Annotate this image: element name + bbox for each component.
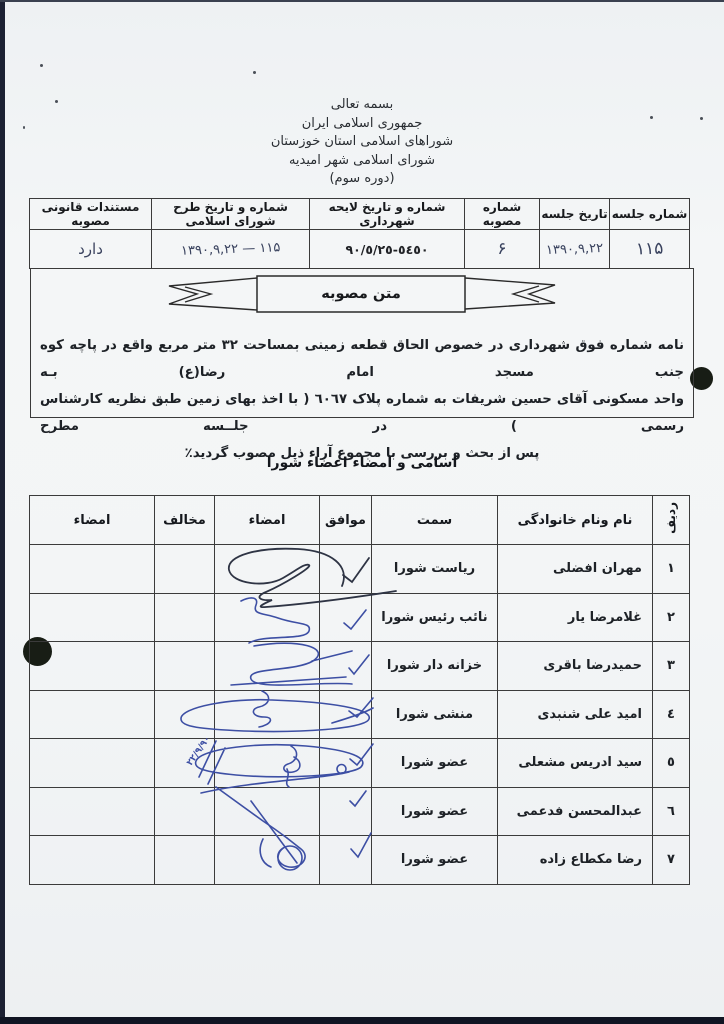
col-signature-2: امضاء bbox=[30, 496, 155, 545]
member-position: عضو شورا bbox=[372, 739, 498, 788]
member-position: خزانه دار شورا bbox=[372, 642, 498, 691]
resolution-line-1: نامه شماره فوق شهرداری در خصوص الحاق قطع… bbox=[40, 332, 684, 386]
registry-values-row: ۱۱۵ ۱۳۹۰,۹,۲۲ ۶ ٩٠/٥/٢٥-٥٤٥٠ ۱۳۹۰,۹,۲۲ —… bbox=[30, 230, 690, 269]
agree-cell bbox=[320, 690, 372, 739]
member-row-2: ٢ غلامرضا یار نائب رئیس شورا bbox=[30, 593, 690, 642]
row-no: ٥ bbox=[653, 739, 690, 788]
province-council-line: شوراهای اسلامی استان خوزستان bbox=[0, 133, 724, 152]
col-oppose: مخالف bbox=[155, 496, 215, 545]
besmele-line: بسمه تعالی bbox=[0, 96, 724, 115]
col-session-no: شماره جلسه bbox=[610, 199, 690, 230]
term-line: (دوره سوم) bbox=[0, 170, 724, 189]
signature-cell bbox=[215, 836, 320, 885]
agree-cell bbox=[320, 836, 372, 885]
member-name: امید علی شنبدی bbox=[498, 690, 653, 739]
agree-cell bbox=[320, 787, 372, 836]
scanned-council-resolution-page: بسمه تعالی جمهوری اسلامی ایران شوراهای ا… bbox=[0, 0, 724, 1024]
member-name: رضا مکطاع زاده bbox=[498, 836, 653, 885]
member-position: عضو شورا bbox=[372, 836, 498, 885]
signature-cell bbox=[215, 690, 320, 739]
oppose-cell bbox=[155, 690, 215, 739]
scan-speck bbox=[40, 64, 43, 67]
col-resolution-no: شماره مصوبه bbox=[465, 199, 540, 230]
oppose-cell bbox=[155, 787, 215, 836]
row-no: ٢ bbox=[653, 593, 690, 642]
resolution-registry-table: شماره جلسه تاریخ جلسه شماره مصوبه شماره … bbox=[29, 198, 690, 269]
signature-cell bbox=[215, 787, 320, 836]
signature-cell bbox=[215, 739, 320, 788]
row-no: ٦ bbox=[653, 787, 690, 836]
oppose-cell bbox=[155, 836, 215, 885]
member-name: حمیدرضا باقری bbox=[498, 642, 653, 691]
col-municipality-bill: شماره و تاریخ لایحه شهرداری bbox=[310, 199, 465, 230]
signature-cell-2 bbox=[30, 545, 155, 594]
resolution-line-2: واحد مسکونی آقای حسین شریفات به شماره پل… bbox=[40, 386, 684, 440]
signature-cell bbox=[215, 545, 320, 594]
member-row-4: ٤ امید علی شنبدی منشی شورا bbox=[30, 690, 690, 739]
session-date-value: ۱۳۹۰,۹,۲۲ bbox=[546, 241, 604, 258]
member-row-1: ١ مهران افضلی ریاست شورا bbox=[30, 545, 690, 594]
signature-cell-2 bbox=[30, 787, 155, 836]
member-name: غلامرضا یار bbox=[498, 593, 653, 642]
session-no-value: ۱۱۵ bbox=[635, 239, 663, 260]
resolution-text: نامه شماره فوق شهرداری در خصوص الحاق قطع… bbox=[40, 332, 684, 467]
scan-speck bbox=[253, 71, 256, 74]
council-plan-value: ۱۳۹۰,۹,۲۲ — ۱۱۵ bbox=[181, 240, 281, 258]
agree-cell bbox=[320, 739, 372, 788]
member-row-6: ٦ عبدالمحسن فدعمی عضو شورا bbox=[30, 787, 690, 836]
member-row-3: ٣ حمیدرضا باقری خزانه دار شورا bbox=[30, 642, 690, 691]
col-agree: موافق bbox=[320, 496, 372, 545]
scan-edge-top bbox=[0, 0, 724, 2]
municipality-bill-value: ٩٠/٥/٢٥-٥٤٥٠ bbox=[346, 242, 429, 257]
row-no: ١ bbox=[653, 545, 690, 594]
letterhead: بسمه تعالی جمهوری اسلامی ایران شوراهای ا… bbox=[0, 96, 724, 189]
legal-docs-value: دارد bbox=[78, 240, 103, 258]
members-signature-table: ردیف نام ونام خانوادگی سمت موافق امضاء م… bbox=[29, 495, 690, 885]
resolution-ribbon: متن مصوبه bbox=[157, 273, 567, 315]
agree-cell bbox=[320, 642, 372, 691]
republic-line: جمهوری اسلامی ایران bbox=[0, 115, 724, 134]
col-council-plan: شماره و تاریخ طرح شورای اسلامی bbox=[152, 199, 310, 230]
signature-cell bbox=[215, 593, 320, 642]
member-position: نائب رئیس شورا bbox=[372, 593, 498, 642]
member-position: ریاست شورا bbox=[372, 545, 498, 594]
row-no-label: ردیف bbox=[664, 502, 678, 534]
city-council-line: شورای اسلامی شهر امیدیه bbox=[0, 152, 724, 171]
agree-cell bbox=[320, 545, 372, 594]
signature-cell-2 bbox=[30, 739, 155, 788]
agree-cell bbox=[320, 593, 372, 642]
col-position: سمت bbox=[372, 496, 498, 545]
signature-cell-2 bbox=[30, 642, 155, 691]
member-position: عضو شورا bbox=[372, 787, 498, 836]
members-section-title: اسامی و امضاء اعضاء شورا bbox=[0, 455, 724, 471]
row-no: ٤ bbox=[653, 690, 690, 739]
col-full-name: نام ونام خانوادگی bbox=[498, 496, 653, 545]
signature-cell bbox=[215, 642, 320, 691]
row-no: ٧ bbox=[653, 836, 690, 885]
signature-cell-2 bbox=[30, 690, 155, 739]
col-row-no: ردیف bbox=[653, 496, 690, 545]
oppose-cell bbox=[155, 642, 215, 691]
oppose-cell bbox=[155, 593, 215, 642]
member-row-5: ٥ سید ادریس مشعلی عضو شورا bbox=[30, 739, 690, 788]
members-header-row: ردیف نام ونام خانوادگی سمت موافق امضاء م… bbox=[30, 496, 690, 545]
member-name: عبدالمحسن فدعمی bbox=[498, 787, 653, 836]
signature-cell-2 bbox=[30, 593, 155, 642]
member-row-7: ٧ رضا مکطاع زاده عضو شورا bbox=[30, 836, 690, 885]
member-name: مهران افضلی bbox=[498, 545, 653, 594]
member-position: منشی شورا bbox=[372, 690, 498, 739]
col-legal-docs: مستندات قانونی مصوبه bbox=[30, 199, 152, 230]
signature-cell-2 bbox=[30, 836, 155, 885]
col-signature: امضاء bbox=[215, 496, 320, 545]
registry-header-row: شماره جلسه تاریخ جلسه شماره مصوبه شماره … bbox=[30, 199, 690, 230]
oppose-cell bbox=[155, 545, 215, 594]
member-name: سید ادریس مشعلی bbox=[498, 739, 653, 788]
resolution-no-value: ۶ bbox=[497, 239, 506, 259]
ribbon-title: متن مصوبه bbox=[257, 273, 465, 315]
scan-edge-bottom bbox=[0, 1017, 724, 1024]
col-session-date: تاریخ جلسه bbox=[540, 199, 610, 230]
row-no: ٣ bbox=[653, 642, 690, 691]
